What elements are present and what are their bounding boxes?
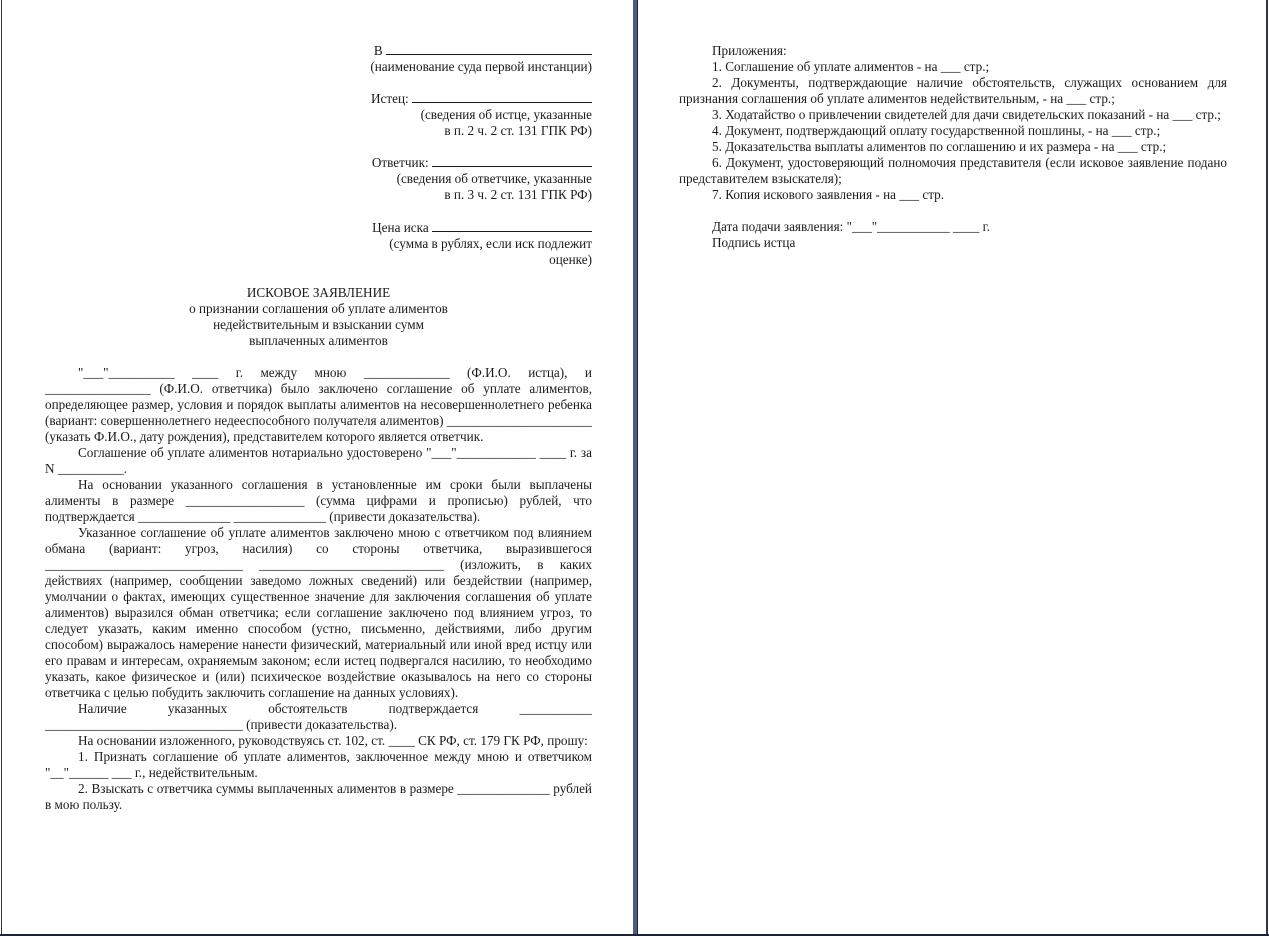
attachment-item: 4. Документ, подтверждающий оплату госуд… (679, 123, 1227, 139)
document-title: ИСКОВОЕ ЗАЯВЛЕНИЕ о признании соглашения… (45, 285, 592, 349)
plaintiff-block: Истец: (сведения об истце, указанные в п… (371, 91, 592, 139)
plaintiff-field[interactable] (412, 91, 592, 103)
title-main: ИСКОВОЕ ЗАЯВЛЕНИЕ (45, 285, 592, 301)
claim-price-block: Цена иска (сумма в рублях, если иск подл… (372, 220, 592, 268)
plaintiff-caption-2: в п. 2 ч. 2 ст. 131 ГПК РФ) (371, 123, 592, 139)
claim-price-caption-2: оценке) (372, 252, 592, 268)
defendant-caption-1: (сведения об ответчике, указанные (372, 171, 592, 187)
attachment-item: 2. Документы, подтверждающие наличие обс… (679, 75, 1227, 107)
title-sub-3: выплаченных алиментов (45, 333, 592, 349)
attachment-item: 6. Документ, удостоверяющий полномочия п… (679, 155, 1227, 187)
plaintiff-label: Истец: (371, 91, 409, 106)
paragraph-notarized: Соглашение об уплате алиментов нотариаль… (45, 445, 592, 477)
plaintiff-signature: Подпись истца (679, 235, 1227, 251)
defendant-block: Ответчик: (сведения об ответчике, указан… (372, 155, 592, 203)
title-sub-1: о признании соглашения об уплате алимент… (45, 301, 592, 317)
paragraph-grounds: На основании изложенного, руководствуясь… (45, 733, 592, 749)
court-prefix: В (374, 43, 383, 58)
defendant-label: Ответчик: (372, 155, 429, 170)
court-name-field[interactable] (386, 43, 592, 55)
title-sub-2: недействительным и взыскании сумм (45, 317, 592, 333)
attachments-heading: Приложения: (679, 43, 1227, 59)
paragraph-evidence-line-2: ______________________________ (привести… (45, 717, 592, 733)
paragraph-deception: Указанное соглашение об уплате алиментов… (45, 525, 592, 701)
filing-date: Дата подачи заявления: "___"___________ … (679, 219, 1227, 235)
paragraph-payments: На основании указанного соглашения в уст… (45, 477, 592, 525)
defendant-field[interactable] (432, 155, 592, 167)
document-page-2: Приложения: 1. Соглашение об уплате алим… (638, 0, 1268, 934)
court-caption: (наименование суда первой инстанции) (370, 59, 592, 75)
document-page-1: В (наименование суда первой инстанции) И… (1, 0, 633, 934)
claim-price-field[interactable] (432, 220, 592, 232)
plaintiff-caption-1: (сведения об истце, указанные (371, 107, 592, 123)
attachment-item: 7. Копия искового заявления - на ___ стр… (679, 187, 1227, 203)
court-block: В (наименование суда первой инстанции) (370, 43, 592, 75)
claim-body: "___"__________ ____ г. между мною _____… (45, 365, 592, 813)
request-item-1: 1. Признать соглашение об уплате алимент… (45, 749, 592, 781)
claim-price-caption-1: (сумма в рублях, если иск подлежит (372, 236, 592, 252)
request-item-2: 2. Взыскать с ответчика суммы выплаченны… (45, 781, 592, 813)
attachment-item: 3. Ходатайство о привлечении свидетелей … (679, 107, 1227, 123)
paragraph-evidence-line-1: Наличие указанных обстоятельств подтверж… (45, 701, 592, 717)
attachment-item: 5. Доказательства выплаты алиментов по с… (679, 139, 1227, 155)
defendant-caption-2: в п. 3 ч. 2 ст. 131 ГПК РФ) (372, 187, 592, 203)
claim-price-label: Цена иска (372, 220, 429, 235)
page-2-content: Приложения: 1. Соглашение об уплате алим… (679, 43, 1227, 251)
paragraph-agreement-line-1: "___"__________ ____ г. между мною _____… (45, 365, 592, 381)
paragraph-agreement: ________________ (Ф.И.О. ответчика) было… (45, 381, 592, 445)
attachment-item: 1. Соглашение об уплате алиментов - на _… (679, 59, 1227, 75)
